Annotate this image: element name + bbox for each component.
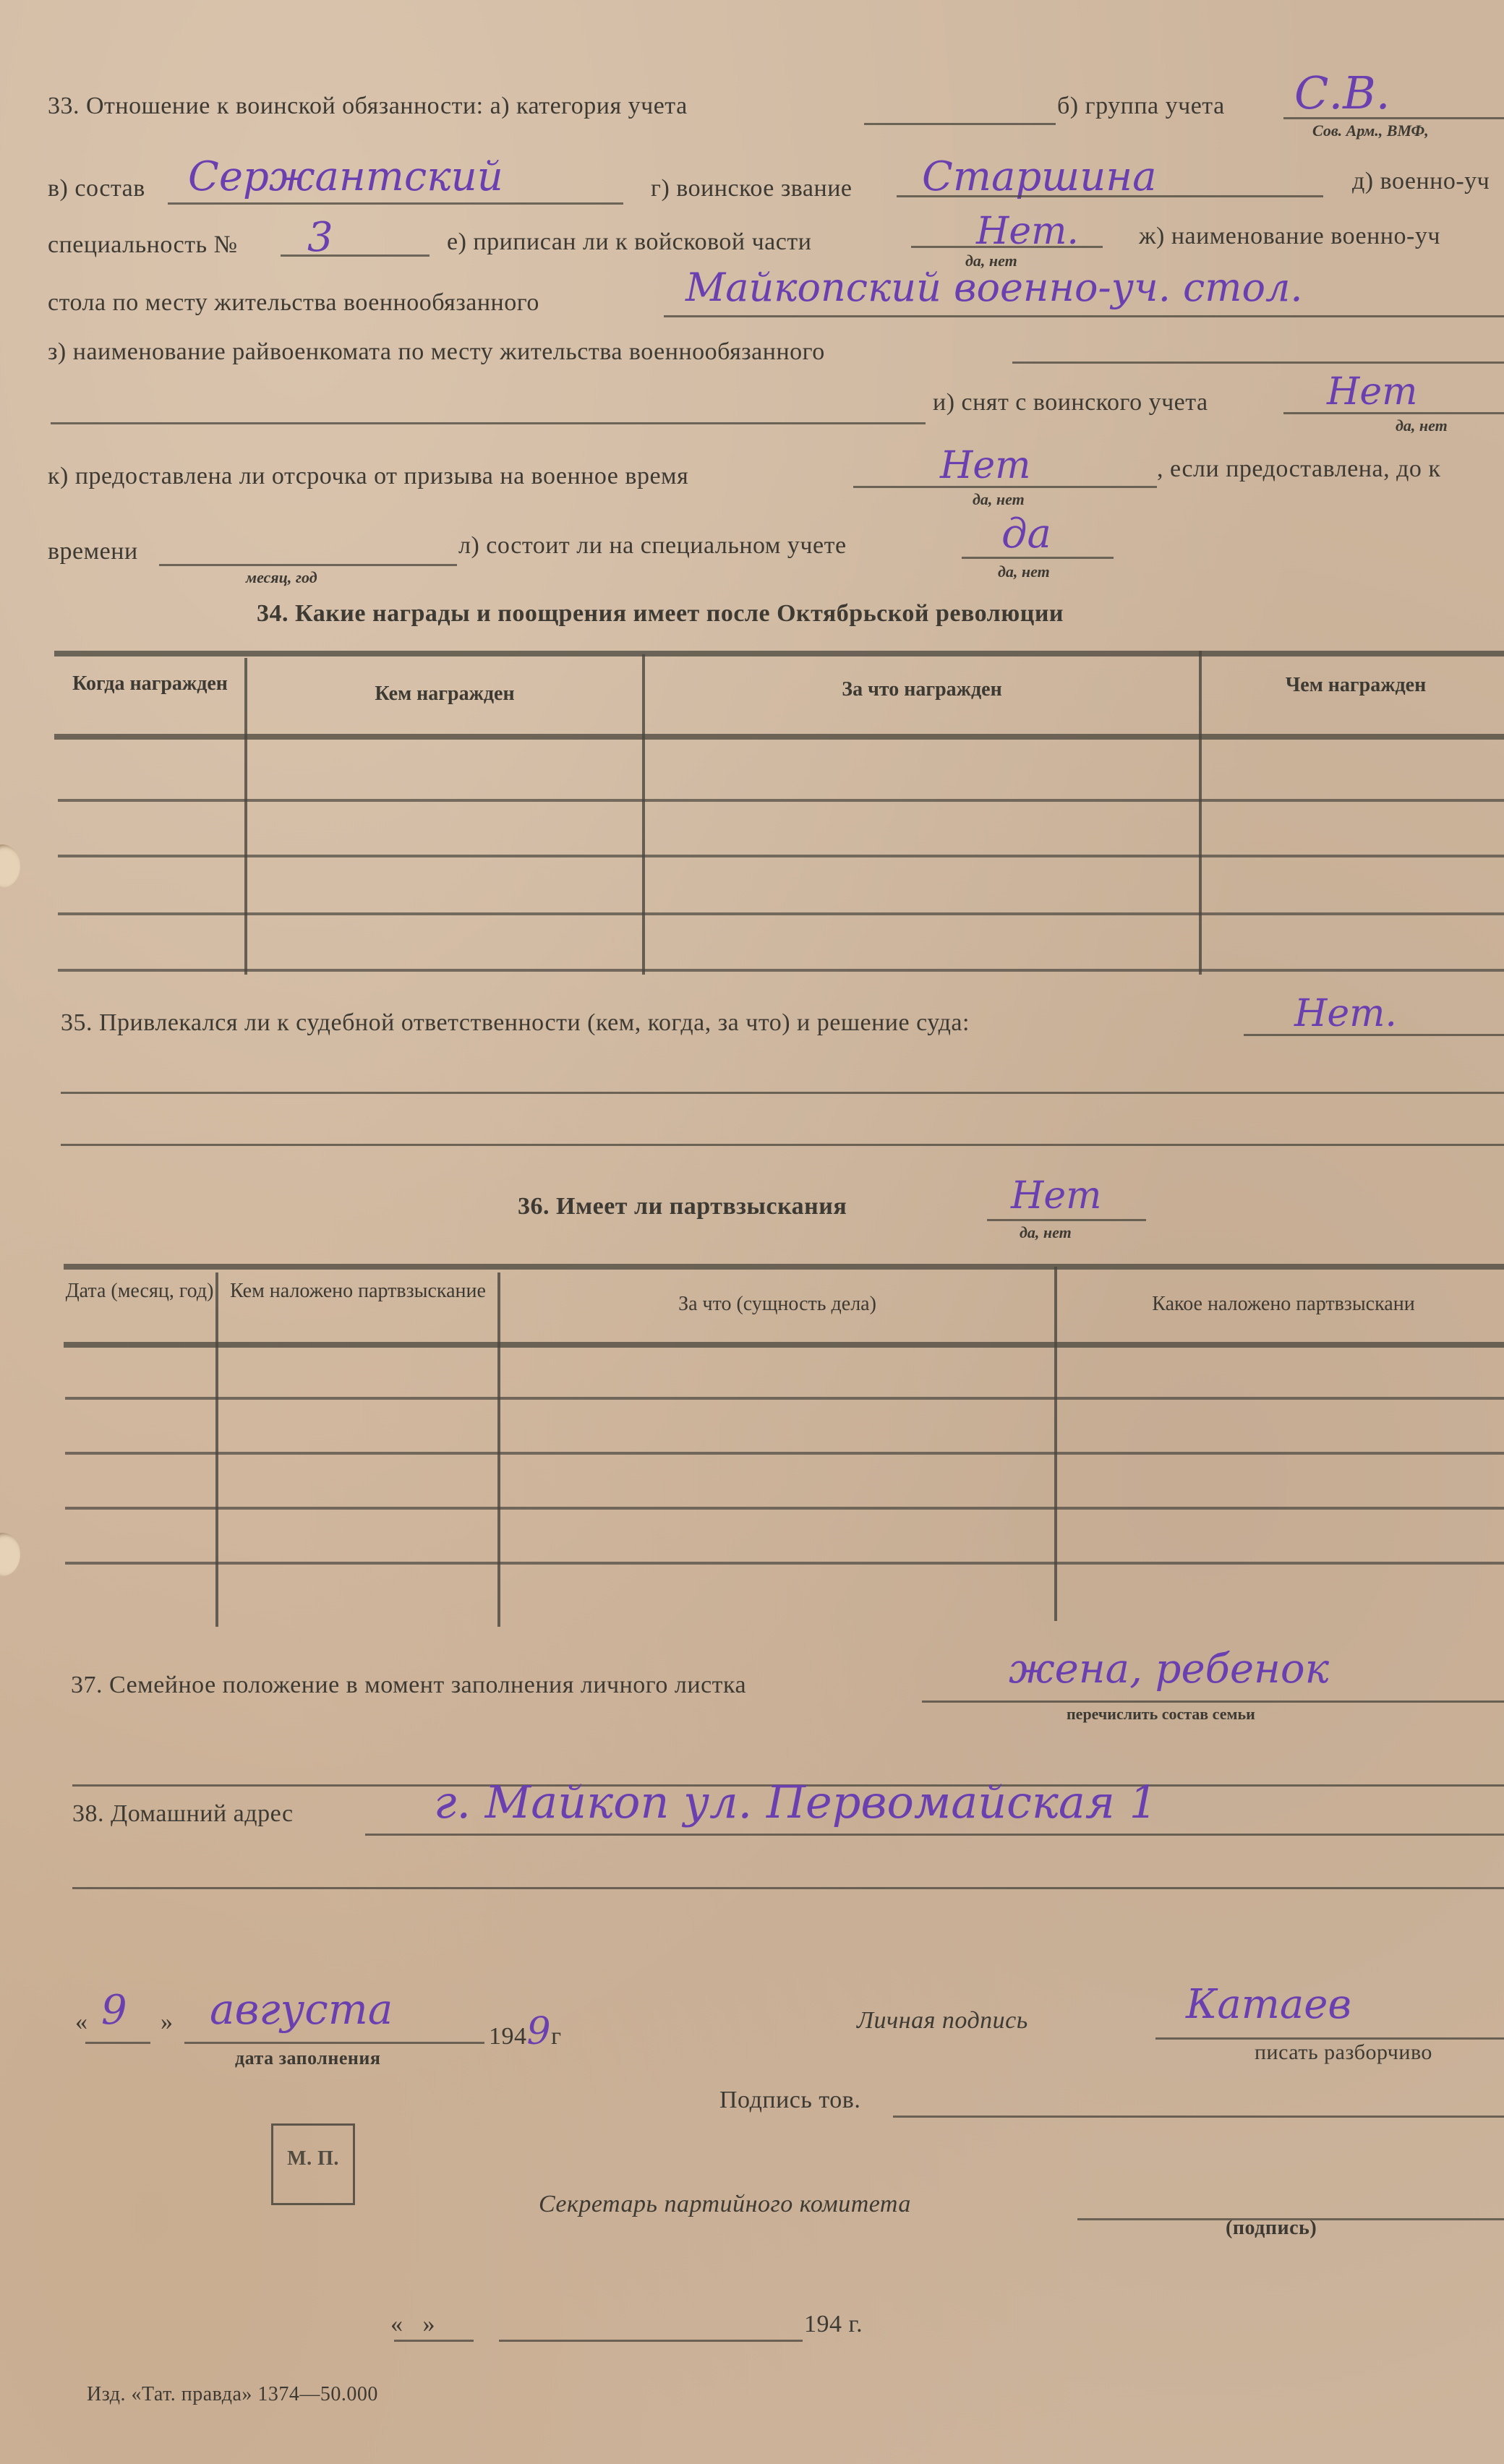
q34-col-for-what: За что награжден: [647, 677, 1197, 703]
q33-v-label: в) состав: [48, 175, 145, 202]
date-year-handwritten[interactable]: 9: [527, 2010, 552, 2053]
q36-col-divider: [1054, 1267, 1057, 1621]
q36-table-row[interactable]: [65, 1452, 1504, 1455]
q34-table-row[interactable]: [58, 799, 1504, 802]
q33-k-label: к) предоставлена ли отсрочка от призыва …: [48, 463, 688, 490]
q36-underline: [987, 1219, 1146, 1221]
q33-k-value[interactable]: Нет: [940, 444, 1030, 487]
q35-field-line-3[interactable]: [61, 1144, 1504, 1146]
q37-underline: [922, 1701, 1504, 1703]
q36-col-for-what: За что (сущность дела): [503, 1291, 1052, 1317]
q33-b-label: б) группа учета: [1057, 93, 1225, 120]
q33-z-field-2[interactable]: [51, 422, 926, 424]
q35-field-line-2[interactable]: [61, 1092, 1504, 1094]
binder-hole-bottom: [0, 1533, 20, 1576]
date-close-quote: »: [161, 2009, 174, 2036]
bottom-date-year: 194 г.: [804, 2311, 863, 2338]
q34-col-when: Когда награжден: [58, 671, 242, 697]
q34-col-by-whom: Кем награжден: [249, 681, 640, 707]
stamp-placeholder: М. П.: [271, 2123, 355, 2205]
q34-table-top-border: [54, 651, 1504, 656]
q35-underline: [1244, 1034, 1504, 1036]
q33-time-hint: месяц, год: [246, 568, 317, 587]
date-open-quote: «: [75, 2009, 88, 2036]
q36-table-top-border: [64, 1264, 1504, 1270]
stamp-label: М. П.: [273, 2147, 353, 2170]
q33-g-underline: [897, 195, 1323, 197]
q33-zh-value[interactable]: Майкопский военно-уч. стол.: [685, 265, 1303, 310]
q36-col-divider: [497, 1272, 500, 1627]
secretary-hint: (подпись): [1226, 2217, 1317, 2240]
q33-specialty-label: специальность №: [48, 231, 238, 259]
q34-col-award: Чем награжден: [1204, 672, 1504, 698]
q33-g-value[interactable]: Старшина: [922, 153, 1157, 200]
q33-v-value[interactable]: Сержантский: [188, 153, 503, 200]
q36-label: 36. Имеет ли партвзыскания: [518, 1193, 847, 1220]
bottom-date-month-field[interactable]: [499, 2340, 803, 2342]
q34-col-divider: [244, 658, 247, 975]
q33-a-field[interactable]: [864, 123, 1056, 125]
date-month-underline: [184, 2042, 484, 2044]
q33-i-value[interactable]: Нет: [1327, 370, 1417, 414]
q33-z-field-1[interactable]: [1012, 362, 1504, 364]
q36-col-penalty: Какое наложено партвзыскани: [1059, 1291, 1504, 1317]
date-day-underline: [85, 2042, 150, 2044]
q33-l-value[interactable]: да: [1001, 510, 1051, 557]
q37-label: 37. Семейное положение в момент заполнен…: [71, 1672, 746, 1699]
q36-table-row[interactable]: [65, 1397, 1504, 1400]
q38-label: 38. Домашний адрес: [72, 1800, 294, 1828]
imprint: Изд. «Тат. правда» 1374—50.000: [87, 2383, 378, 2406]
signature-underline: [1155, 2037, 1504, 2040]
q34-table-header-border: [54, 734, 1504, 740]
binder-hole-top: [0, 844, 20, 888]
secretary-label: Секретарь партийного комитета: [539, 2191, 911, 2218]
bottom-date-day-field[interactable]: [394, 2340, 474, 2342]
date-day[interactable]: 9: [101, 1987, 127, 2034]
q36-col-divider: [215, 1272, 218, 1627]
q36-table-row[interactable]: [65, 1507, 1504, 1510]
q38-field-line-2[interactable]: [72, 1887, 1504, 1889]
q33-time-label: времени: [48, 538, 138, 565]
q33-e-label: е) приписан ли к войсковой части: [447, 228, 811, 256]
q35-value[interactable]: Нет.: [1294, 992, 1397, 1035]
q36-col-date: Дата (месяц, год): [64, 1278, 215, 1304]
q37-hint: перечислить состав семьи: [1067, 1705, 1255, 1724]
bottom-date-quotes: « »: [390, 2311, 435, 2338]
q35-label: 35. Привлекался ли к судебной ответствен…: [61, 1009, 970, 1037]
date-year: 1949г: [489, 2010, 562, 2053]
q33-zh-label: ж) наименование военно-уч: [1139, 223, 1440, 250]
q33-k-underline: [853, 486, 1157, 488]
q33-z-label: з) наименование райвоенкомата по месту ж…: [48, 338, 825, 366]
q33-b-value[interactable]: С.В.: [1294, 67, 1390, 119]
date-hint: дата заполнения: [235, 2048, 380, 2069]
signature-label: Личная подпись: [857, 2007, 1028, 2035]
q33-i-label: и) снят с воинского учета: [933, 389, 1208, 416]
signature-tov-field[interactable]: [893, 2116, 1504, 2118]
q33-g-label: г) воинское звание: [651, 175, 852, 202]
q33-time-field[interactable]: [159, 564, 457, 566]
q33-b-hint: Сов. Арм., ВМФ,: [1312, 121, 1429, 140]
q34-table-row[interactable]: [58, 912, 1504, 915]
signature-hint: писать разборчиво: [1255, 2040, 1432, 2065]
q34-col-divider: [1199, 651, 1202, 975]
q33-zh-underline: [664, 315, 1504, 317]
q33-k-hint: да, нет: [973, 490, 1025, 509]
q33-zh-label-cont: стола по месту жительства военнообязанно…: [48, 289, 539, 317]
q33-b-underline: [1283, 117, 1504, 119]
q33-specialty-underline: [281, 254, 430, 257]
q33-l-hint: да, нет: [998, 562, 1050, 581]
q33-i-underline: [1283, 412, 1504, 414]
q34-title: 34. Какие награды и поощрения имеет посл…: [257, 600, 1064, 628]
q33-l-label: л) состоит ли на специальном учете: [458, 532, 847, 560]
date-month[interactable]: августа: [210, 1985, 393, 2034]
q38-underline: [365, 1834, 1504, 1836]
q33-i-hint: да, нет: [1396, 416, 1448, 435]
q33-l-underline: [962, 557, 1114, 559]
q36-col-by-whom: Кем наложено партвзыскание: [221, 1278, 495, 1304]
q33-d-label: д) военно-уч: [1352, 168, 1490, 195]
q36-table-header-border: [64, 1342, 1504, 1348]
q33-k-after: , если предоставлена, до к: [1157, 455, 1440, 483]
q33-e-underline: [911, 246, 1103, 248]
q34-table-row[interactable]: [58, 855, 1504, 857]
q36-table-row[interactable]: [65, 1562, 1504, 1565]
q36-hint: да, нет: [1020, 1223, 1072, 1242]
q38-value[interactable]: г. Майкоп ул. Первомайская 1: [434, 1776, 1158, 1828]
q33-v-underline: [168, 202, 623, 205]
q33-title: 33. Отношение к воинской обязанности: а)…: [48, 93, 688, 120]
signature-value[interactable]: Катаев: [1186, 1981, 1351, 2028]
q34-col-divider: [642, 654, 645, 975]
q34-table-row[interactable]: [58, 969, 1504, 972]
q37-value[interactable]: жена, ребенок: [1009, 1646, 1329, 1693]
signature-tov-label: Подпись тов.: [719, 2087, 860, 2114]
q36-value[interactable]: Нет: [1011, 1174, 1101, 1218]
